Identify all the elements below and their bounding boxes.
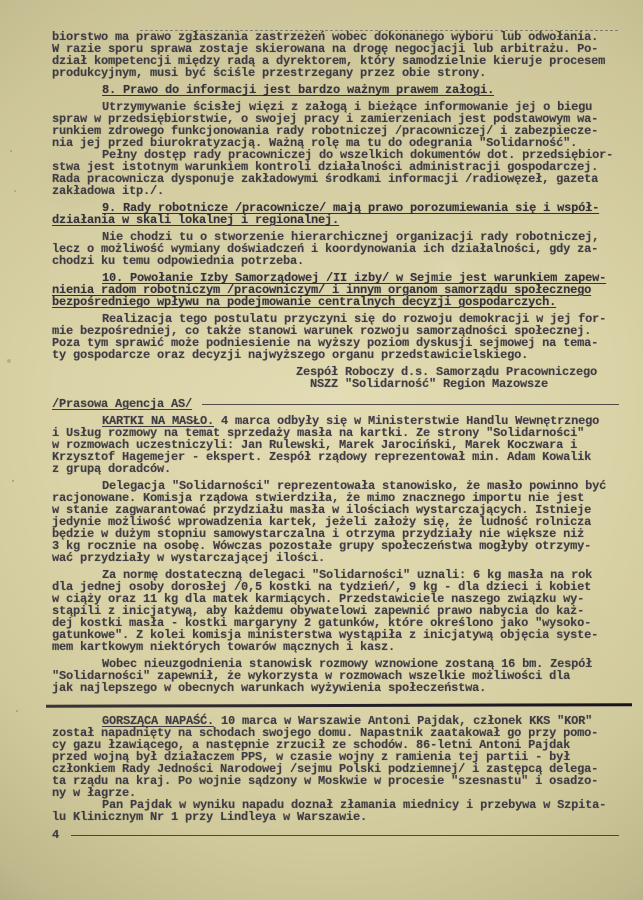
paragraph: Nie chodzi tu o stworzenie hierarchiczne… xyxy=(52,231,619,267)
press-agency-label: /Prasowa Agencja AS/ xyxy=(52,398,192,410)
horizontal-rule xyxy=(202,404,619,405)
section-heading-10: 10. Powołanie Izby Samorządowej /II izby… xyxy=(52,272,619,308)
press-agency-line: /Prasowa Agencja AS/ xyxy=(52,398,619,410)
page-number: 4 xyxy=(52,829,59,841)
paragraph: Realizacja tego postulatu przyczyni się … xyxy=(52,313,619,361)
news-item-assault: GORSZĄCA NAPAŚĆ. 10 marca w Warszawie An… xyxy=(52,715,619,799)
signature-block: Zespół Roboczy d.s. Samorządu Pracownicz… xyxy=(296,366,619,390)
continued-paragraph: biorstwo ma prawo zgłaszania zastrzeżeń … xyxy=(52,31,619,79)
paragraph: Wobec nieuzgodnienia stanowisk rozmowy w… xyxy=(52,658,619,694)
section-heading-9: 9. Rady robotnicze /pracownicze/ mają pr… xyxy=(52,202,619,226)
paragraph: Utrzymywanie ścisłej więzi z załogą i bi… xyxy=(52,101,619,149)
horizontal-rule xyxy=(71,835,619,836)
typewritten-text-area: biorstwo ma prawo zgłaszania zastrzeżeń … xyxy=(0,0,643,841)
paragraph: Pan Pajdak w wyniku napadu doznał złaman… xyxy=(52,799,619,823)
paragraph: Za normę dostateczną delegaci "Solidarno… xyxy=(52,569,619,653)
news-item-butter-cards: KARTKI NA MASŁO. 4 marca odbyły się w Mi… xyxy=(52,415,619,475)
scanned-bulletin-page: biorstwo ma prawo zgłaszania zastrzeżeń … xyxy=(0,0,643,900)
paragraph: Pełny dostęp rady pracowniczej do wszelk… xyxy=(52,149,619,197)
page-footer: 4 xyxy=(52,829,619,841)
separator-rule xyxy=(46,703,632,708)
paragraph: Delegacja "Solidarności" reprezentowała … xyxy=(52,480,619,564)
news-item-body: 10 marca w Warszawie Antoni Pajdak, czło… xyxy=(52,714,598,800)
section-heading-8: 8. Prawo do informacji jest bardzo ważny… xyxy=(52,84,619,96)
